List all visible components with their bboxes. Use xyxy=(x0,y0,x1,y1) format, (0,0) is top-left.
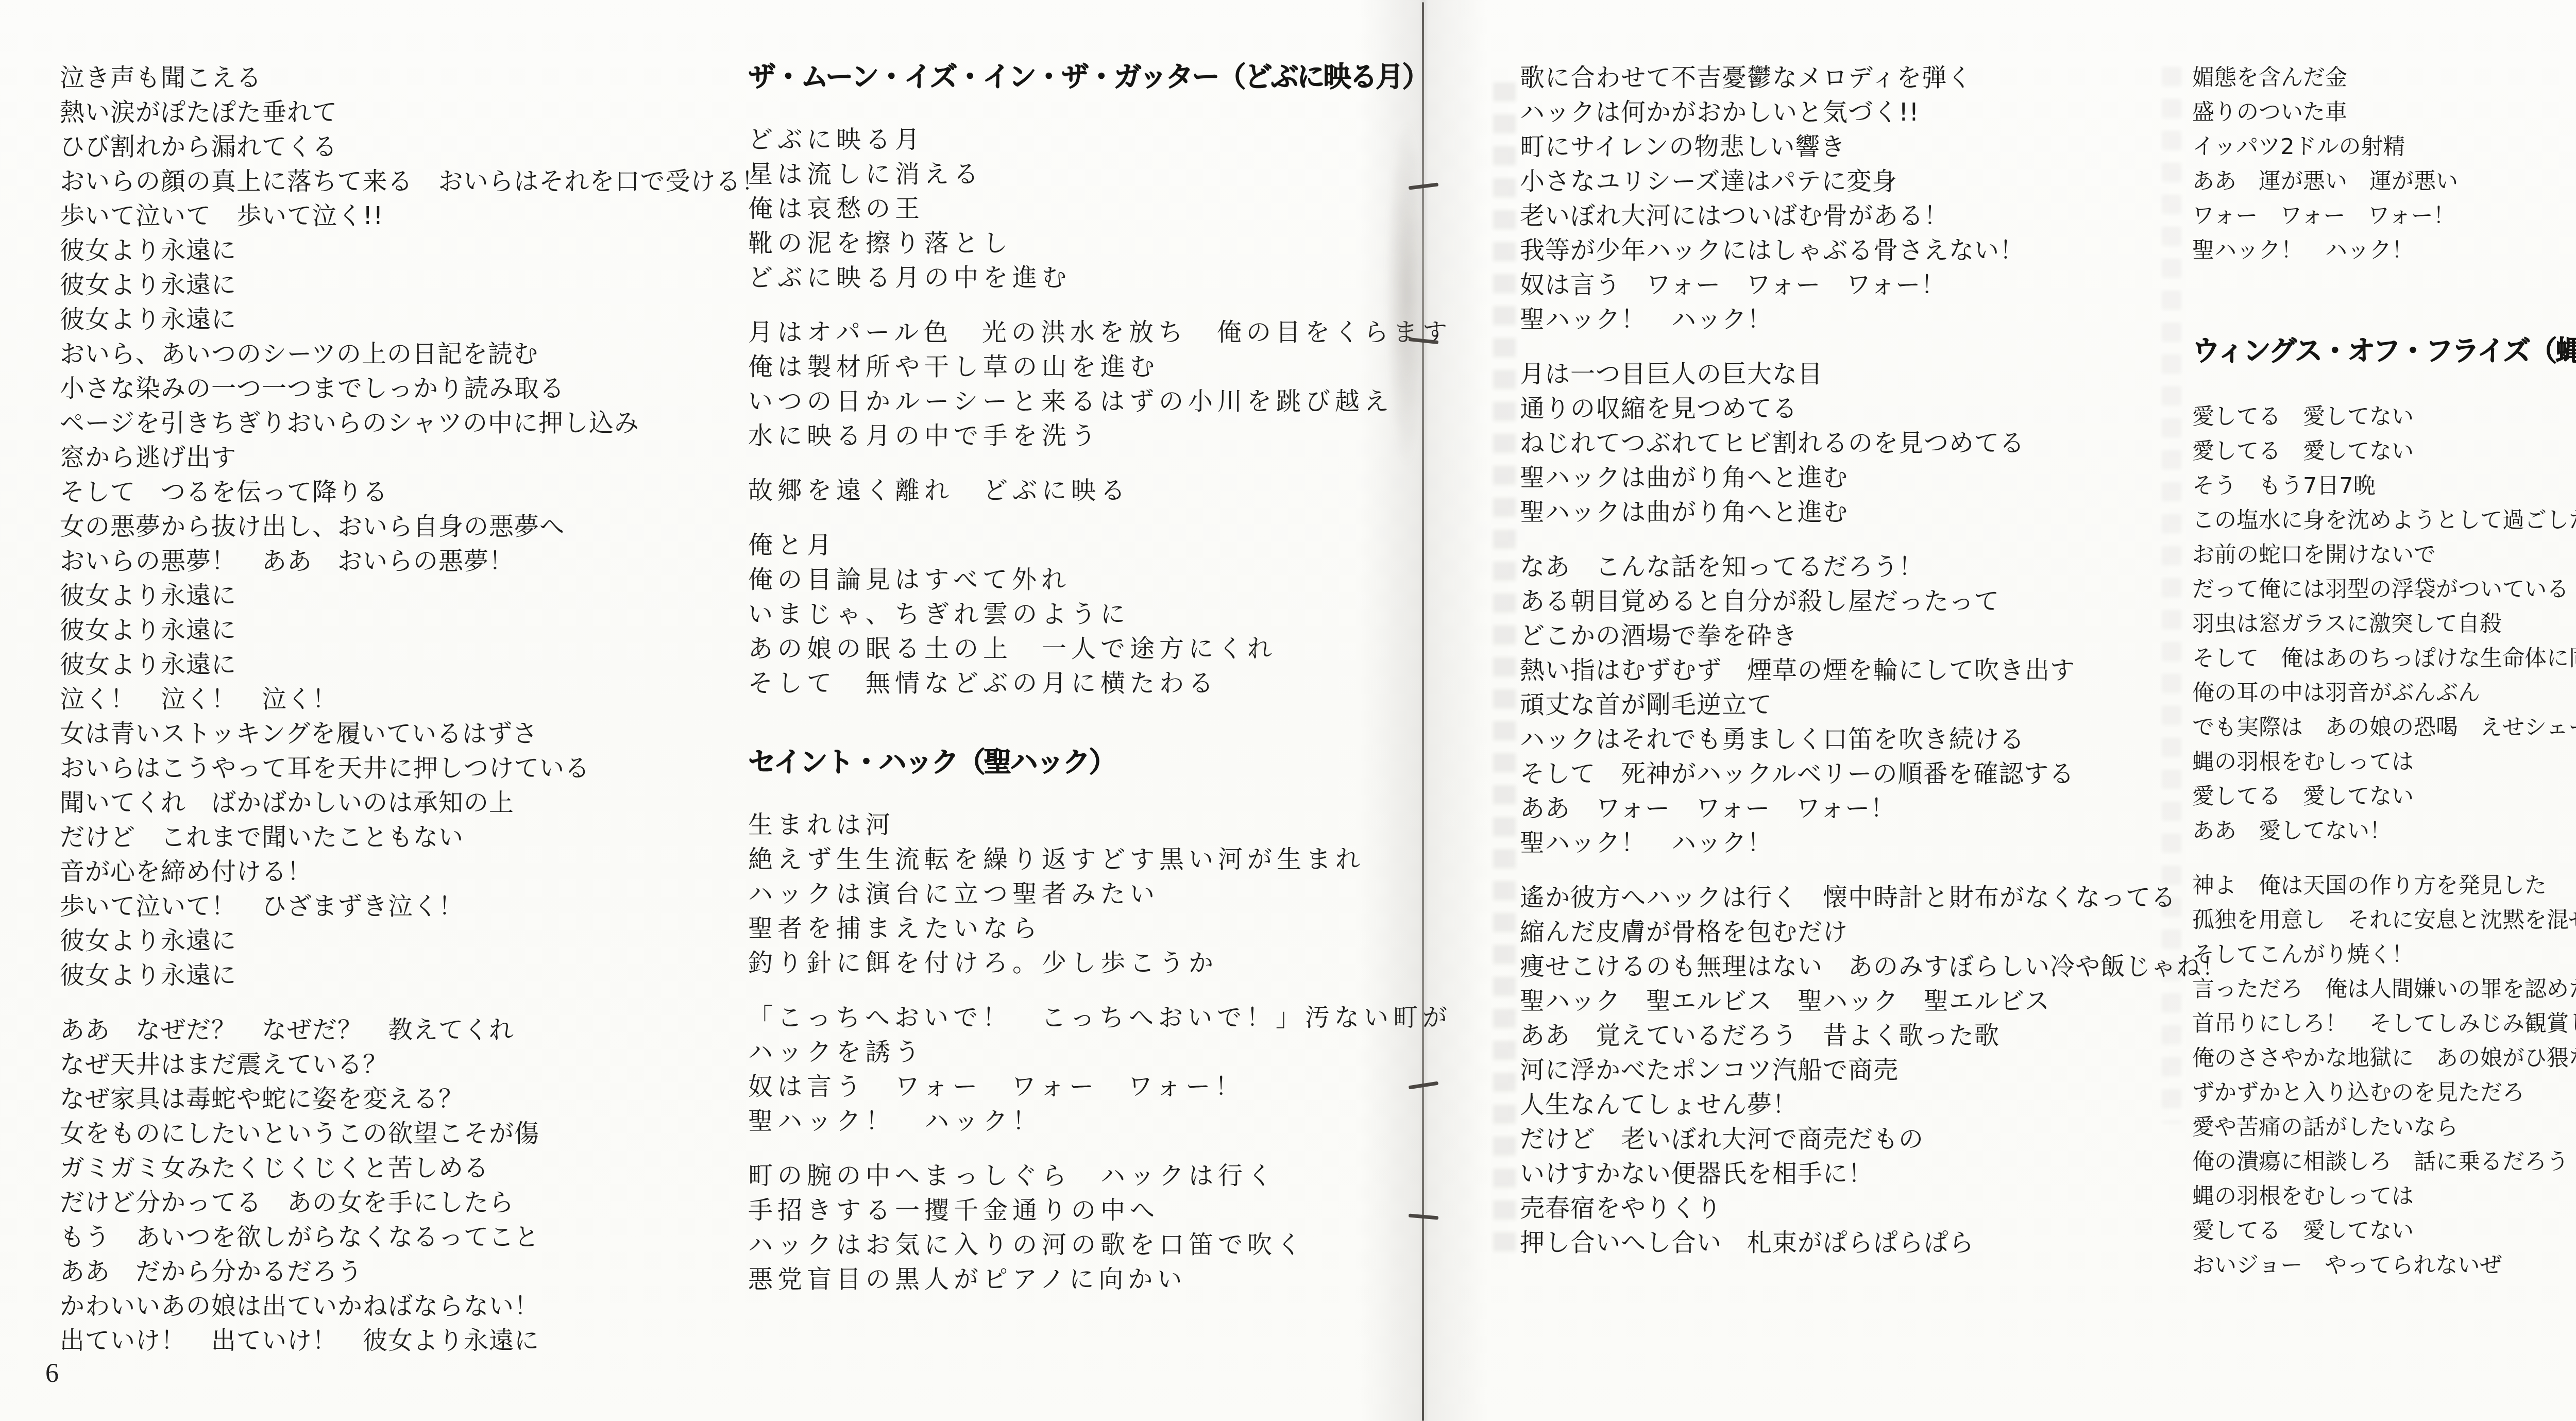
lyric-line: 愛してる 愛してない xyxy=(2192,434,2576,469)
lyric-line: 窓から逃げ出す xyxy=(60,441,767,475)
lyric-line: ハックはお気に入りの河の歌を口笛で吹く xyxy=(748,1228,1306,1262)
stanza: 遙か彼方へハックは行く 懐中時計と財布がなくなってる縮んだ皮膚が骨格を包むだけ痩… xyxy=(1520,881,2227,1260)
lyric-line: 歌に合わせて不吉憂鬱なメロディを弾く xyxy=(1520,61,2025,95)
lyric-line: 熱い涙がぽたぽた垂れて xyxy=(60,95,767,130)
song-title: ウィングス・オフ・フライズ（蝿の羽根） xyxy=(2192,334,2576,369)
lyric-line: ワォー ワォー ワォー！ xyxy=(2192,199,2458,233)
lyric-line: 水に映る月の中で手を洗う xyxy=(748,419,1452,453)
lyric-line: 蝿の羽根をむしっては xyxy=(2192,1179,2576,1214)
lyric-line: 河に浮かべたポンコツ汽船で商売 xyxy=(1520,1053,2227,1088)
lyric-line: 出ていけ！ 出ていけ！ 彼女より永遠に xyxy=(60,1324,539,1358)
lyric-line: でも実際は あの娘の恐喝 えせシェークスピア そして嘘 xyxy=(2192,711,2576,745)
lyric-line: 泣く！ 泣く！ 泣く！ xyxy=(60,682,767,717)
lyric-line: 釣り針に餌を付けろ。少し歩こうか xyxy=(748,946,1365,980)
lyric-line: 彼女より永遠に xyxy=(60,924,767,958)
lyric-line: ハックはそれでも勇ましく口笛を吹き続ける xyxy=(1520,722,2075,757)
stanza: 愛してる 愛してない愛してる 愛してないそう もう7日7晩この塩水に身を沈めよう… xyxy=(2192,400,2576,849)
lyric-line: もう あいつを欲しがらなくなるってこと xyxy=(60,1220,539,1255)
song-title: セイント・ハック（聖ハック） xyxy=(748,745,1115,780)
lyric-line: 「こっちへおいで！ こっちへおいで！」汚ない町が xyxy=(748,1001,1452,1035)
lyric-line: いまじゃ、ちぎれ雲のように xyxy=(748,597,1277,632)
lyric-line: 盛りのついた車 xyxy=(2192,95,2458,130)
stanza: 生まれは河絶えず生生流転を繰り返すどす黒い河が生まれハックは演台に立つ聖者みたい… xyxy=(748,808,1365,980)
lyric-line: ハックを誘う xyxy=(748,1035,1452,1070)
lyric-line: なあ こんな話を知ってるだろう！ xyxy=(1520,550,2075,584)
page-number-left: 6 xyxy=(45,1358,59,1389)
lyric-line: 首吊りにしろ！ そしてしみじみ観賞しろ！ xyxy=(2192,1007,2576,1041)
lyric-line: 媚態を含んだ金 xyxy=(2192,61,2458,95)
center-fold-line xyxy=(1422,2,1424,1421)
booklet-scan: 泣き声も聞こえる熱い涙がぽたぽた垂れてひび割れから漏れてくるおいらの顔の真上に落… xyxy=(0,0,2576,1421)
lyric-line: 手招きする一攫千金通りの中へ xyxy=(748,1193,1306,1228)
lyric-line: 彼女より永遠に xyxy=(60,958,767,993)
lyric-line: この塩水に身を沈めようとして過ごした xyxy=(2192,503,2576,538)
lyric-line: 女は青いストッキングを履いているはずさ xyxy=(60,717,767,751)
lyric-line: ハックは何かがおかしいと気づく!! xyxy=(1520,95,2025,130)
lyric-line: 歩いて泣いて 歩いて泣く!! xyxy=(60,199,767,233)
lyric-line: なぜ天井はまだ震えている？ xyxy=(60,1047,539,1082)
lyric-line: ああ 愛してない！ xyxy=(2192,814,2576,849)
lyric-line: だけど これまで聞いたこともない xyxy=(60,820,767,855)
lyric-line: 靴の泥を擦り落とし xyxy=(748,226,1071,261)
lyric-line: 人生なんてしょせん夢！ xyxy=(1520,1088,2227,1122)
stanza: 「こっちへおいで！ こっちへおいで！」汚ない町がハックを誘う奴は言う ワォー ワ… xyxy=(748,1001,1452,1139)
lyric-line: お前の蛇口を開けないで xyxy=(2192,538,2576,572)
lyric-line: ああ 運が悪い 運が悪い xyxy=(2192,164,2458,199)
lyric-line: どこかの酒場で拳を砕き xyxy=(1520,619,2075,653)
lyric-line: 故郷を遠く離れ どぶに映る xyxy=(748,473,1130,508)
lyric-line: 縮んだ皮膚が骨格を包むだけ xyxy=(1520,915,2227,950)
lyric-line: 悪党盲目の黒人がピアノに向かい xyxy=(748,1262,1306,1297)
lyric-line: 孤独を用意し それに安息と沈黙を混ぜ合わせる xyxy=(2192,903,2576,938)
lyric-line: ああ なぜだ？ なぜだ？ 教えてくれ xyxy=(60,1013,539,1047)
lyric-line: 女をものにしたいというこの欲望こそが傷 xyxy=(60,1116,539,1151)
stanza: 月は一つ目巨人の巨大な目通りの収縮を見つめてるねじれてつぶれてヒビ割れるのを見つ… xyxy=(1520,357,2025,530)
lyric-line: 愛してる 愛してない xyxy=(2192,400,2576,434)
lyric-line: そしてこんがり焼く！ xyxy=(2192,938,2576,972)
lyric-line: おいらはこうやって耳を天井に押しつけている xyxy=(60,751,767,786)
lyric-line: なぜ家具は毒蛇や蛇に姿を変える？ xyxy=(60,1082,539,1116)
lyric-line: 絶えず生生流転を繰り返すどす黒い河が生まれ xyxy=(748,842,1365,877)
lyric-line: ずかずかと入り込むのを見ただろ xyxy=(2192,1076,2576,1110)
lyric-line: 聖ハック！ ハック！ xyxy=(1520,826,2075,860)
lyric-line: おいらの悪夢！ ああ おいらの悪夢！ xyxy=(60,544,767,579)
lyric-line: 彼女より永遠に xyxy=(60,648,767,682)
lyric-line: イッパツ2ドルの射精 xyxy=(2192,130,2458,164)
lyric-line: 町の腕の中へまっしぐら ハックは行く xyxy=(748,1159,1306,1193)
lyric-line: 俺の耳の中は羽音がぶんぶん xyxy=(2192,676,2576,711)
lyric-line: 俺は製材所や干し草の山を進む xyxy=(748,350,1452,384)
lyric-line: 神よ 俺は天国の作り方を発見した xyxy=(2192,869,2576,903)
lyric-line: 言っただろ 俺は人間嫌いの罪を認めた xyxy=(2192,972,2576,1007)
lyric-line: 奴は言う ワォー ワォー ワォー！ xyxy=(748,1070,1452,1104)
stanza: 町の腕の中へまっしぐら ハックは行く手招きする一攫千金通りの中へハックはお気に入… xyxy=(748,1159,1306,1297)
lyric-line: だって俺には羽型の浮袋がついている そうだろ?! xyxy=(2192,572,2576,607)
lyric-line: 奴は言う ワォー ワォー ワォー！ xyxy=(1520,268,2025,302)
lyrics-column-1: 泣き声も聞こえる熱い涙がぽたぽた垂れてひび割れから漏れてくるおいらの顔の真上に落… xyxy=(60,61,767,1358)
lyric-line: おいら、あいつのシーツの上の日記を読む xyxy=(60,337,767,371)
lyric-line: 聖ハックは曲がり角へと進む xyxy=(1520,461,2025,495)
lyric-line: そして つるを伝って降りる xyxy=(60,475,767,510)
lyric-line: 町にサイレンの物悲しい響き xyxy=(1520,130,2025,164)
lyric-line: 痩せこけるのも無理はない あのみすぼらしい冷や飯じゃね！ xyxy=(1520,950,2227,984)
lyric-line: ある朝目覚めると自分が殺し屋だったって xyxy=(1520,584,2075,619)
lyric-line: 月は一つ目巨人の巨大な目 xyxy=(1520,357,2025,392)
lyric-line: 俺の目論見はすべて外れ xyxy=(748,563,1277,597)
lyric-line: 聞いてくれ ばかばかしいのは承知の上 xyxy=(60,786,767,820)
lyric-line: 月はオパール色 光の洪水を放ち 俺の目をくらます xyxy=(748,315,1452,350)
stanza: 泣き声も聞こえる熱い涙がぽたぽた垂れてひび割れから漏れてくるおいらの顔の真上に落… xyxy=(60,61,767,993)
lyric-line: そして 俺はあのちっぽけな生命体に同情する xyxy=(2192,641,2576,676)
lyric-line: 彼女より永遠に xyxy=(60,233,767,268)
lyric-line: 小さなユリシーズ達はパテに変身 xyxy=(1520,164,2025,199)
lyric-line: 彼女より永遠に xyxy=(60,613,767,648)
lyric-line: 聖ハック 聖エルビス 聖ハック 聖エルビス xyxy=(1520,984,2227,1019)
lyric-line: 押し合いへし合い 札束がぱらぱらぱら xyxy=(1520,1226,2227,1260)
lyric-line: 聖者を捕まえたいなら xyxy=(748,911,1365,946)
lyric-line: 泣き声も聞こえる xyxy=(60,61,767,95)
lyric-line: 蝿の羽根をむしっては xyxy=(2192,745,2576,780)
lyric-line: 売春宿をやりくり xyxy=(1520,1191,2227,1226)
lyric-line: 我等が少年ハックにはしゃぶる骨さえない！ xyxy=(1520,233,2025,268)
stanza: どぶに映る月星は流しに消える俺は哀愁の王靴の泥を擦り落としどぶに映る月の中を進む xyxy=(748,123,1071,295)
lyric-line: ああ 覚えているだろう 昔よく歌った歌 xyxy=(1520,1019,2227,1053)
lyric-line: 彼女より永遠に xyxy=(60,268,767,302)
lyric-line: そして 無情などぶの月に横たわる xyxy=(748,666,1277,701)
lyric-line: 彼女より永遠に xyxy=(60,302,767,337)
lyric-line: だけど分かってる あの女を手にしたら xyxy=(60,1186,539,1220)
lyric-line: どぶに映る月 xyxy=(748,123,1071,157)
stanza: ああ なぜだ？ なぜだ？ 教えてくれなぜ天井はまだ震えている？なぜ家具は毒蛇や蛇… xyxy=(60,1013,539,1358)
lyric-line: 熱い指はむずむず 煙草の煙を輪にして吹き出す xyxy=(1520,653,2075,688)
lyric-line: 女の悪夢から抜け出し、おいら自身の悪夢へ xyxy=(60,510,767,544)
lyric-line: 歩いて泣いて！ ひざまずき泣く！ xyxy=(60,889,767,924)
lyric-line: ああ だから分かるだろう xyxy=(60,1255,539,1289)
lyric-line: 通りの収縮を見つめてる xyxy=(1520,392,2025,426)
lyric-line: 星は流しに消える xyxy=(748,157,1071,192)
stanza: 月はオパール色 光の洪水を放ち 俺の目をくらます俺は製材所や干し草の山を進むいつ… xyxy=(748,315,1452,453)
lyric-line: 頑丈な首が剛毛逆立て xyxy=(1520,688,2075,722)
lyric-line: ハックは演台に立つ聖者みたい xyxy=(748,877,1365,911)
lyrics-column-4: 媚態を含んだ金盛りのついた車イッパツ2ドルの射精ああ 運が悪い 運が悪いワォー … xyxy=(2192,61,2576,1283)
lyric-line: ねじれてつぶれてヒビ割れるのを見つめてる xyxy=(1520,426,2025,461)
lyric-line: 愛や苦痛の話がしたいなら xyxy=(2192,1110,2576,1145)
lyric-line: 愛してる 愛してない xyxy=(2192,780,2576,814)
lyric-line: 俺は哀愁の王 xyxy=(748,192,1071,226)
lyric-line: かわいいあの娘は出ていかねばならない！ xyxy=(60,1289,539,1324)
lyric-line: 生まれは河 xyxy=(748,808,1365,842)
lyrics-column-3: 歌に合わせて不吉憂鬱なメロディを弾くハックは何かがおかしいと気づく!!町にサイレ… xyxy=(1520,61,2227,1260)
lyric-line: どぶに映る月の中を進む xyxy=(748,261,1071,295)
stanza: 俺と月俺の目論見はすべて外れいまじゃ、ちぎれ雲のようにあの娘の眠る土の上 一人で… xyxy=(748,528,1277,701)
stanza: 媚態を含んだ金盛りのついた車イッパツ2ドルの射精ああ 運が悪い 運が悪いワォー … xyxy=(2192,61,2458,268)
lyric-line: 聖ハックは曲がり角へと進む xyxy=(1520,495,2025,530)
lyric-line: だけど 老いぼれ大河で商売だもの xyxy=(1520,1122,2227,1157)
lyric-line: 聖ハック！ ハック！ xyxy=(748,1104,1452,1139)
lyric-line: あの娘の眠る土の上 一人で途方にくれ xyxy=(748,632,1277,666)
lyric-line: 音が心を締め付ける！ xyxy=(60,855,767,889)
lyric-line: おいらの顔の真上に落ちて来る おいらはそれを口で受ける！ xyxy=(60,164,767,199)
lyric-line: そう もう7日7晩 xyxy=(2192,469,2576,503)
lyric-line: 老いぼれ大河にはついばむ骨がある！ xyxy=(1520,199,2025,233)
lyric-line: 聖ハック！ ハック！ xyxy=(2192,233,2458,268)
lyric-line: おいジョー やってられないぜ xyxy=(2192,1248,2576,1283)
lyric-line: 俺の潰瘍に相談しろ 話に乗るだろう xyxy=(2192,1145,2576,1179)
lyric-line: 遙か彼方へハックは行く 懐中時計と財布がなくなってる xyxy=(1520,881,2227,915)
lyric-line: そして 死神がハックルベリーの順番を確認する xyxy=(1520,757,2075,791)
lyric-line: ガミガミ女みたくじくじくと苦しめる xyxy=(60,1151,539,1186)
lyric-line: 愛してる 愛してない xyxy=(2192,1214,2576,1248)
stanza: 歌に合わせて不吉憂鬱なメロディを弾くハックは何かがおかしいと気づく!!町にサイレ… xyxy=(1520,61,2025,337)
lyric-line: ひび割れから漏れてくる xyxy=(60,130,767,164)
lyric-line: 俺と月 xyxy=(748,528,1277,563)
lyrics-column-2: ザ・ムーン・イズ・イン・ザ・ガッター（どぶに映る月）どぶに映る月星は流しに消える… xyxy=(748,60,1452,1297)
lyric-line: 俺のささやかな地獄に あの娘がひ猥な内緒話を携えて xyxy=(2192,1041,2576,1076)
lyric-line: 羽虫は窓ガラスに激突して自殺 xyxy=(2192,607,2576,641)
stanza: 故郷を遠く離れ どぶに映る xyxy=(748,473,1130,508)
song-title: ザ・ムーン・イズ・イン・ザ・ガッター（どぶに映る月） xyxy=(748,60,1429,95)
stanza: なあ こんな話を知ってるだろう！ある朝目覚めると自分が殺し屋だったってどこかの酒… xyxy=(1520,550,2075,860)
lyric-line: 聖ハック！ ハック！ xyxy=(1520,302,2025,337)
ink-bleed-artifact xyxy=(1493,82,1516,1257)
lyric-line: いけすかない便器氏を相手に！ xyxy=(1520,1157,2227,1191)
lyric-line: 彼女より永遠に xyxy=(60,579,767,613)
lyric-line: ページを引きちぎりおいらのシャツの中に押し込み xyxy=(60,406,767,441)
lyric-line: いつの日かルーシーと来るはずの小川を跳び越え xyxy=(748,384,1452,419)
stanza: 神よ 俺は天国の作り方を発見した孤独を用意し それに安息と沈黙を混ぜ合わせるそし… xyxy=(2192,869,2576,1283)
lyric-line: 小さな染みの一つ一つまでしっかり読み取る xyxy=(60,371,767,406)
lyric-line: ああ ワォー ワォー ワォー！ xyxy=(1520,791,2075,826)
